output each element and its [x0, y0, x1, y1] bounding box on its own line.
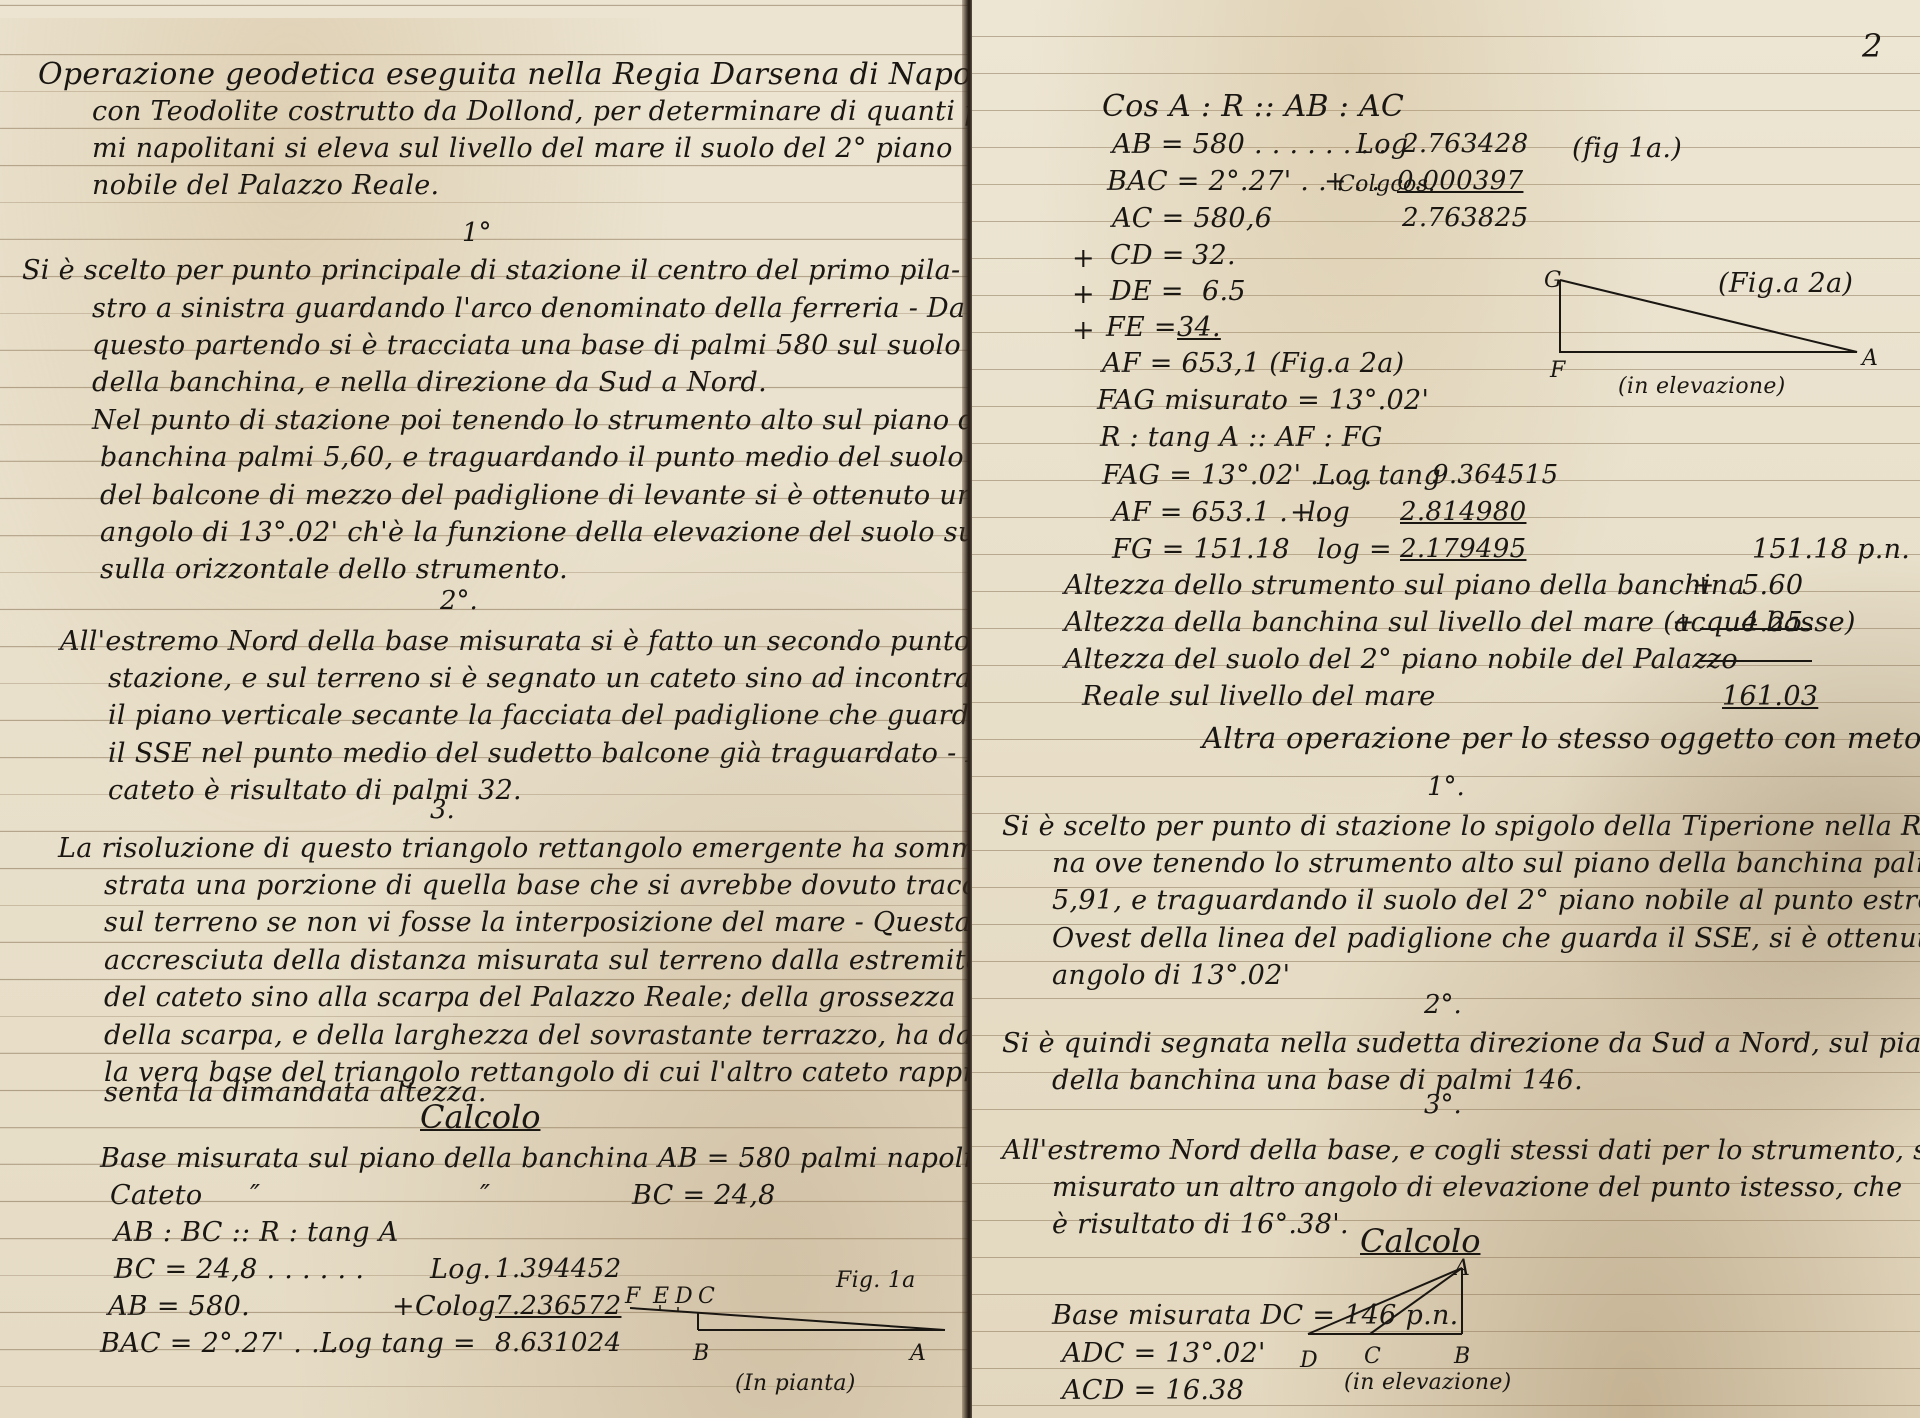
log-row-op: + [392, 1288, 415, 1325]
fag-measured: FAG misurato = 13°.02' [1097, 382, 1429, 419]
point-label: A [1862, 340, 1878, 377]
calcolo-heading: Calcolo [420, 1098, 540, 1136]
proportion: Cos A : R :: AB : AC [1102, 88, 1404, 125]
log-row-value: 9.364515 [1432, 457, 1558, 494]
ditto-mark: ″ [480, 1177, 490, 1214]
sum-sign: + [1072, 276, 1095, 313]
point-label: F [1550, 352, 1566, 389]
figure-label: (Fig.a 2a) [1718, 265, 1853, 302]
double-triangle-diagram [1302, 1262, 1472, 1342]
text-line: della scarpa, e della larghezza del sovr… [104, 1017, 968, 1054]
sum-sign: + [1072, 240, 1095, 277]
total-sign: + [1692, 567, 1715, 604]
text-line: Si è quindi segnata nella sudetta direzi… [1002, 1025, 1920, 1062]
log-row-value: 2.814980 [1400, 494, 1526, 531]
total-label: Altezza della banchina sul livello del m… [1064, 604, 1856, 641]
proportion: R : tang A :: AF : FG [1100, 419, 1383, 456]
section-heading: 2°. [440, 586, 478, 616]
title-line: con Teodolite costrutto da Dollond, per … [92, 93, 968, 130]
section-heading: 1° [462, 218, 492, 248]
sum-value: 32. [1192, 237, 1236, 274]
log-row-left: FG = 151.18 [1112, 531, 1290, 568]
total-rule [1700, 628, 1812, 630]
cateto-value: BC = 24,8 [632, 1177, 776, 1214]
point-label: D [1300, 1342, 1318, 1379]
text-line: del balcone di mezzo del padiglione di l… [100, 477, 968, 514]
log-row-value: 0.000397 [1397, 163, 1523, 200]
text-line: stro a sinistra guardando l'arco denomin… [92, 290, 965, 327]
af-line: AF = 653,1 (Fig.a 2a) [1102, 345, 1404, 382]
section-heading: 2°. [1424, 990, 1462, 1020]
total-label: Altezza del suolo del 2° piano nobile de… [1064, 641, 1738, 678]
log-row-fn: Log tang [1317, 457, 1441, 494]
text-line: Si è scelto per punto di stazione lo spi… [1002, 808, 1920, 845]
point-label: E [653, 1278, 669, 1315]
log-row-fn: Log. [430, 1251, 491, 1288]
title-line: mi napolitani si eleva sul livello del m… [92, 130, 953, 167]
text-line: sul terreno se non vi fosse la interposi… [104, 904, 968, 941]
title-line: Operazione geodetica eseguita nella Regi… [38, 56, 968, 93]
title-line: nobile del Palazzo Reale. [92, 167, 439, 204]
point-label: G [1544, 262, 1562, 299]
log-row-value: 7.236572 [495, 1288, 621, 1325]
log-row-fn: log [1307, 494, 1350, 531]
text-line: misurato un altro angolo di elevazione d… [1052, 1169, 1902, 1206]
figure-caption: (in elevazione) [1344, 1364, 1512, 1401]
point-label: B [693, 1335, 709, 1372]
ditto-mark: ″ [250, 1177, 260, 1214]
text-line: della banchina una base di palmi 146. [1052, 1062, 1583, 1099]
log-row-left: AB = 580 . . . . . . . . [1112, 126, 1387, 163]
sum-sign: + [1072, 312, 1095, 349]
text-line: questo partendo si è tracciata una base … [92, 327, 961, 364]
text-line: La risoluzione di questo triangolo retta… [58, 830, 968, 867]
total-rule [1700, 660, 1812, 662]
text-line: del cateto sino alla scarpa del Palazzo … [104, 979, 956, 1016]
log-row-value: 8.631024 [495, 1325, 621, 1362]
text-line: All'estremo Nord della base, e cogli ste… [1002, 1132, 1920, 1169]
point-label: D [675, 1278, 693, 1315]
point-label: C [698, 1278, 715, 1315]
log-row-left: BC = 24,8 . . . . . . [114, 1251, 364, 1288]
proportion: AB : BC :: R : tang A [114, 1214, 399, 1251]
log-row-left: BAC = 2°.27' . . . [100, 1325, 338, 1362]
log-row-fn: Log [1356, 126, 1408, 163]
cateto-label: Cateto [110, 1177, 203, 1214]
log-row-fn: Log tang = [320, 1325, 476, 1362]
log-row-value: 2.763825 [1402, 200, 1528, 237]
figure-label: Fig. 1a [836, 1262, 916, 1299]
text-line: Nel punto di stazione poi tenendo lo str… [92, 402, 968, 439]
right-page: 2 Cos A : R :: AB : AC AB = 580 . . . . … [972, 0, 1920, 1418]
figure-caption: (in elevazione) [1618, 368, 1786, 405]
text-line: il piano verticale secante la facciata d… [108, 697, 968, 734]
sum-label: FE = [1106, 309, 1177, 346]
text-line: All'estremo Nord della base misurata si … [60, 623, 968, 660]
log-row-value: 2.179495 [1400, 531, 1526, 568]
total-value: 161.03 [1722, 678, 1818, 715]
calc-row: ACD = 16.38 [1062, 1372, 1244, 1409]
sum-value: 6.5 [1202, 273, 1246, 310]
base-line: Base misurata sul piano della banchina A… [100, 1140, 968, 1177]
text-line: angolo di 13°.02' ch'è la funzione della… [100, 514, 968, 551]
text-line: na ove tenendo lo strumento alto sul pia… [1052, 845, 1920, 882]
text-line: della banchina, e nella direzione da Sud… [92, 364, 767, 401]
text-line: Ovest della linea del padiglione che gua… [1052, 920, 1920, 957]
total-value: 4.25 [1742, 604, 1803, 641]
left-page: Operazione geodetica eseguita nella Regi… [0, 0, 968, 1418]
text-line: banchina palmi 5,60, e traguardando il p… [100, 439, 964, 476]
section-heading: 3°. [1424, 1090, 1462, 1120]
page-number: 2 [1862, 28, 1883, 65]
total-label: Reale sul livello del mare [1082, 678, 1436, 715]
log-row-value: 2.763428 [1402, 126, 1528, 163]
text-line: sulla orizzontale dello strumento. [100, 551, 568, 588]
log-row-result: 151.18 p.n. [1752, 531, 1910, 568]
sum-label: CD = [1110, 237, 1185, 274]
text-line: è risultato di 16°.38'. [1052, 1206, 1349, 1243]
text-line: il SSE nel punto medio del sudetto balco… [108, 735, 968, 772]
point-label: A [910, 1335, 926, 1372]
sum-label: DE = [1110, 273, 1184, 310]
log-row-fn: log = [1317, 531, 1392, 568]
section-heading: 1°. [1427, 772, 1465, 802]
total-value: 5.60 [1742, 567, 1803, 604]
total-sign: + [1672, 604, 1695, 641]
text-line: angolo di 13°.02' [1052, 957, 1290, 994]
total-label: Altezza dello strumento sul piano della … [1064, 567, 1745, 604]
text-line: Si è scelto per punto principale di staz… [22, 252, 960, 289]
text-line: cateto è risultato di palmi 32. [108, 772, 522, 809]
subtitle: Altra operazione per lo stesso oggetto c… [1202, 720, 1920, 757]
log-row-fn: Colog [415, 1288, 496, 1325]
sum-value: 34. [1177, 309, 1221, 346]
text-line: 5,91, e traguardando il suolo del 2° pia… [1052, 882, 1920, 919]
log-row-left: AB = 580. [108, 1288, 250, 1325]
text-line: strata una porzione di quella base che s… [104, 867, 968, 904]
calc-row: ADC = 13°.02' [1062, 1335, 1266, 1372]
figure-caption: (In pianta) [735, 1365, 856, 1402]
figure-reference: (fig 1a.) [1572, 130, 1682, 167]
text-line: stazione, e sul terreno si è segnato un … [108, 660, 968, 697]
point-label: F [625, 1278, 641, 1315]
point-label: A [1454, 1250, 1470, 1287]
text-line: accresciuta della distanza misurata sul … [104, 942, 968, 979]
section-heading: 3. [430, 795, 455, 825]
log-row-left: AC = 580,6 [1112, 200, 1272, 237]
log-row-value: 1.394452 [495, 1251, 621, 1288]
